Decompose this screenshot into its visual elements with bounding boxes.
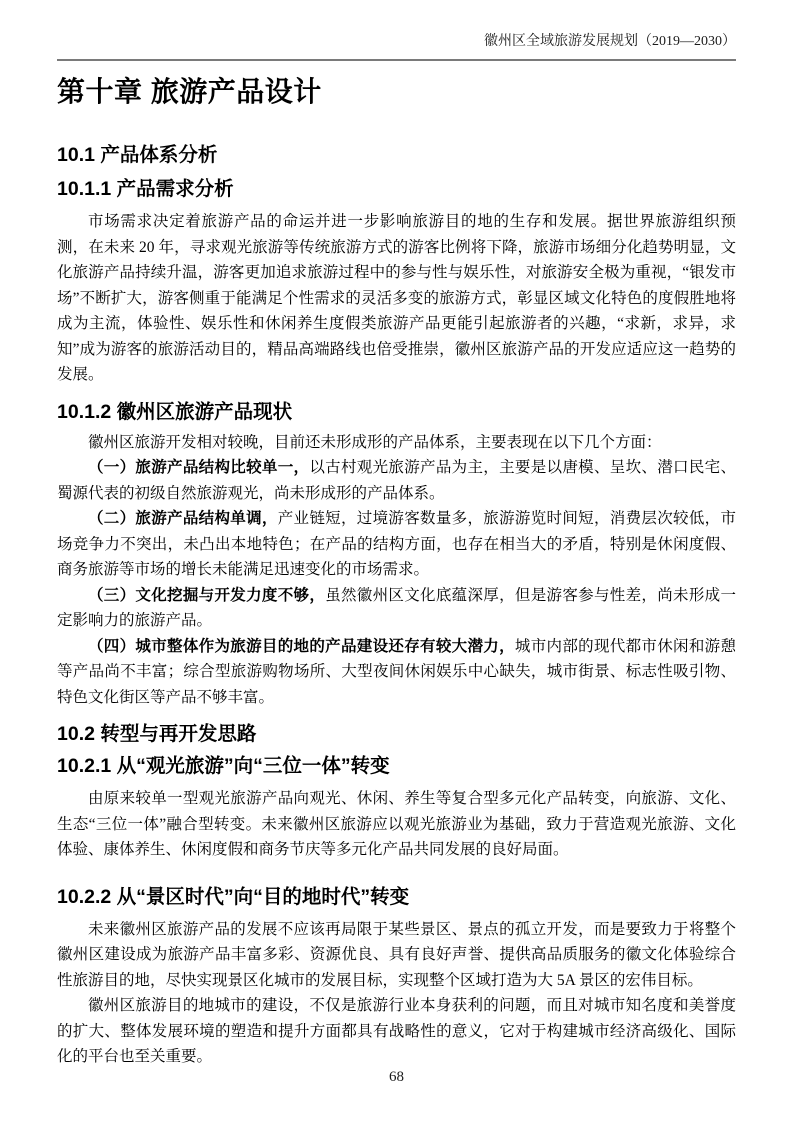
paragraph-item-1: （一）旅游产品结构比较单一，以古村观光旅游产品为主，主要是以唐模、呈坎、潜口民宅… <box>57 455 736 506</box>
paragraph-transform-1: 由原来较单一型观光旅游产品向观光、休闲、养生等复合型多元化产品转变，向旅游、文化… <box>57 786 736 863</box>
heading-10-2: 10.2 转型与再开发思路 <box>57 722 736 746</box>
chapter-title: 第十章 旅游产品设计 <box>57 75 736 109</box>
paragraph-item-3: （三）文化挖掘与开发力度不够，虽然徽州区文化底蕴深厚，但是游客参与性差，尚未形成… <box>57 583 736 634</box>
paragraph-demand-analysis: 市场需求决定着旅游产品的命运并进一步影响旅游目的地的生存和发展。据世界旅游组织预… <box>57 209 736 388</box>
paragraph-status-intro: 徽州区旅游开发相对较晚，目前还未形成形的产品体系，主要表现在以下几个方面： <box>57 430 736 456</box>
page-number: 68 <box>0 1069 793 1086</box>
heading-10-1: 10.1 产品体系分析 <box>57 143 736 167</box>
heading-10-1-1: 10.1.1 产品需求分析 <box>57 177 736 201</box>
paragraph-destination-2: 徽州区旅游目的地城市的建设，不仅是旅游行业本身获利的问题，而且对城市知名度和美誉… <box>57 993 736 1070</box>
item-lead-2: （二）旅游产品结构单调， <box>88 510 278 527</box>
item-lead-3: （三）文化挖掘与开发力度不够， <box>88 587 325 604</box>
heading-10-2-2: 10.2.2 从“景区时代”向“目的地时代”转变 <box>57 885 736 909</box>
item-lead-1: （一）旅游产品结构比较单一， <box>88 459 309 476</box>
paragraph-destination-1: 未来徽州区旅游产品的发展不应该再局限于某些景区、景点的孤立开发，而是要致力于将整… <box>57 917 736 994</box>
paragraph-item-4: （四）城市整体作为旅游目的地的产品建设还存有较大潜力，城市内部的现代都市休闲和游… <box>57 634 736 711</box>
item-lead-4: （四）城市整体作为旅游目的地的产品建设还存有较大潜力， <box>88 638 515 655</box>
page-header: 徽州区全域旅游发展规划（2019—2030） <box>57 32 736 61</box>
heading-10-1-2: 10.1.2 徽州区旅游产品现状 <box>57 400 736 424</box>
document-page: 徽州区全域旅游发展规划（2019—2030） 第十章 旅游产品设计 10.1 产… <box>0 0 793 1122</box>
heading-10-2-1: 10.2.1 从“观光旅游”向“三位一体”转变 <box>57 754 736 778</box>
paragraph-item-2: （二）旅游产品结构单调，产业链短，过境游客数量多，旅游游览时间短，消费层次较低，… <box>57 506 736 583</box>
header-doc-title: 徽州区全域旅游发展规划（2019—2030） <box>484 34 736 49</box>
